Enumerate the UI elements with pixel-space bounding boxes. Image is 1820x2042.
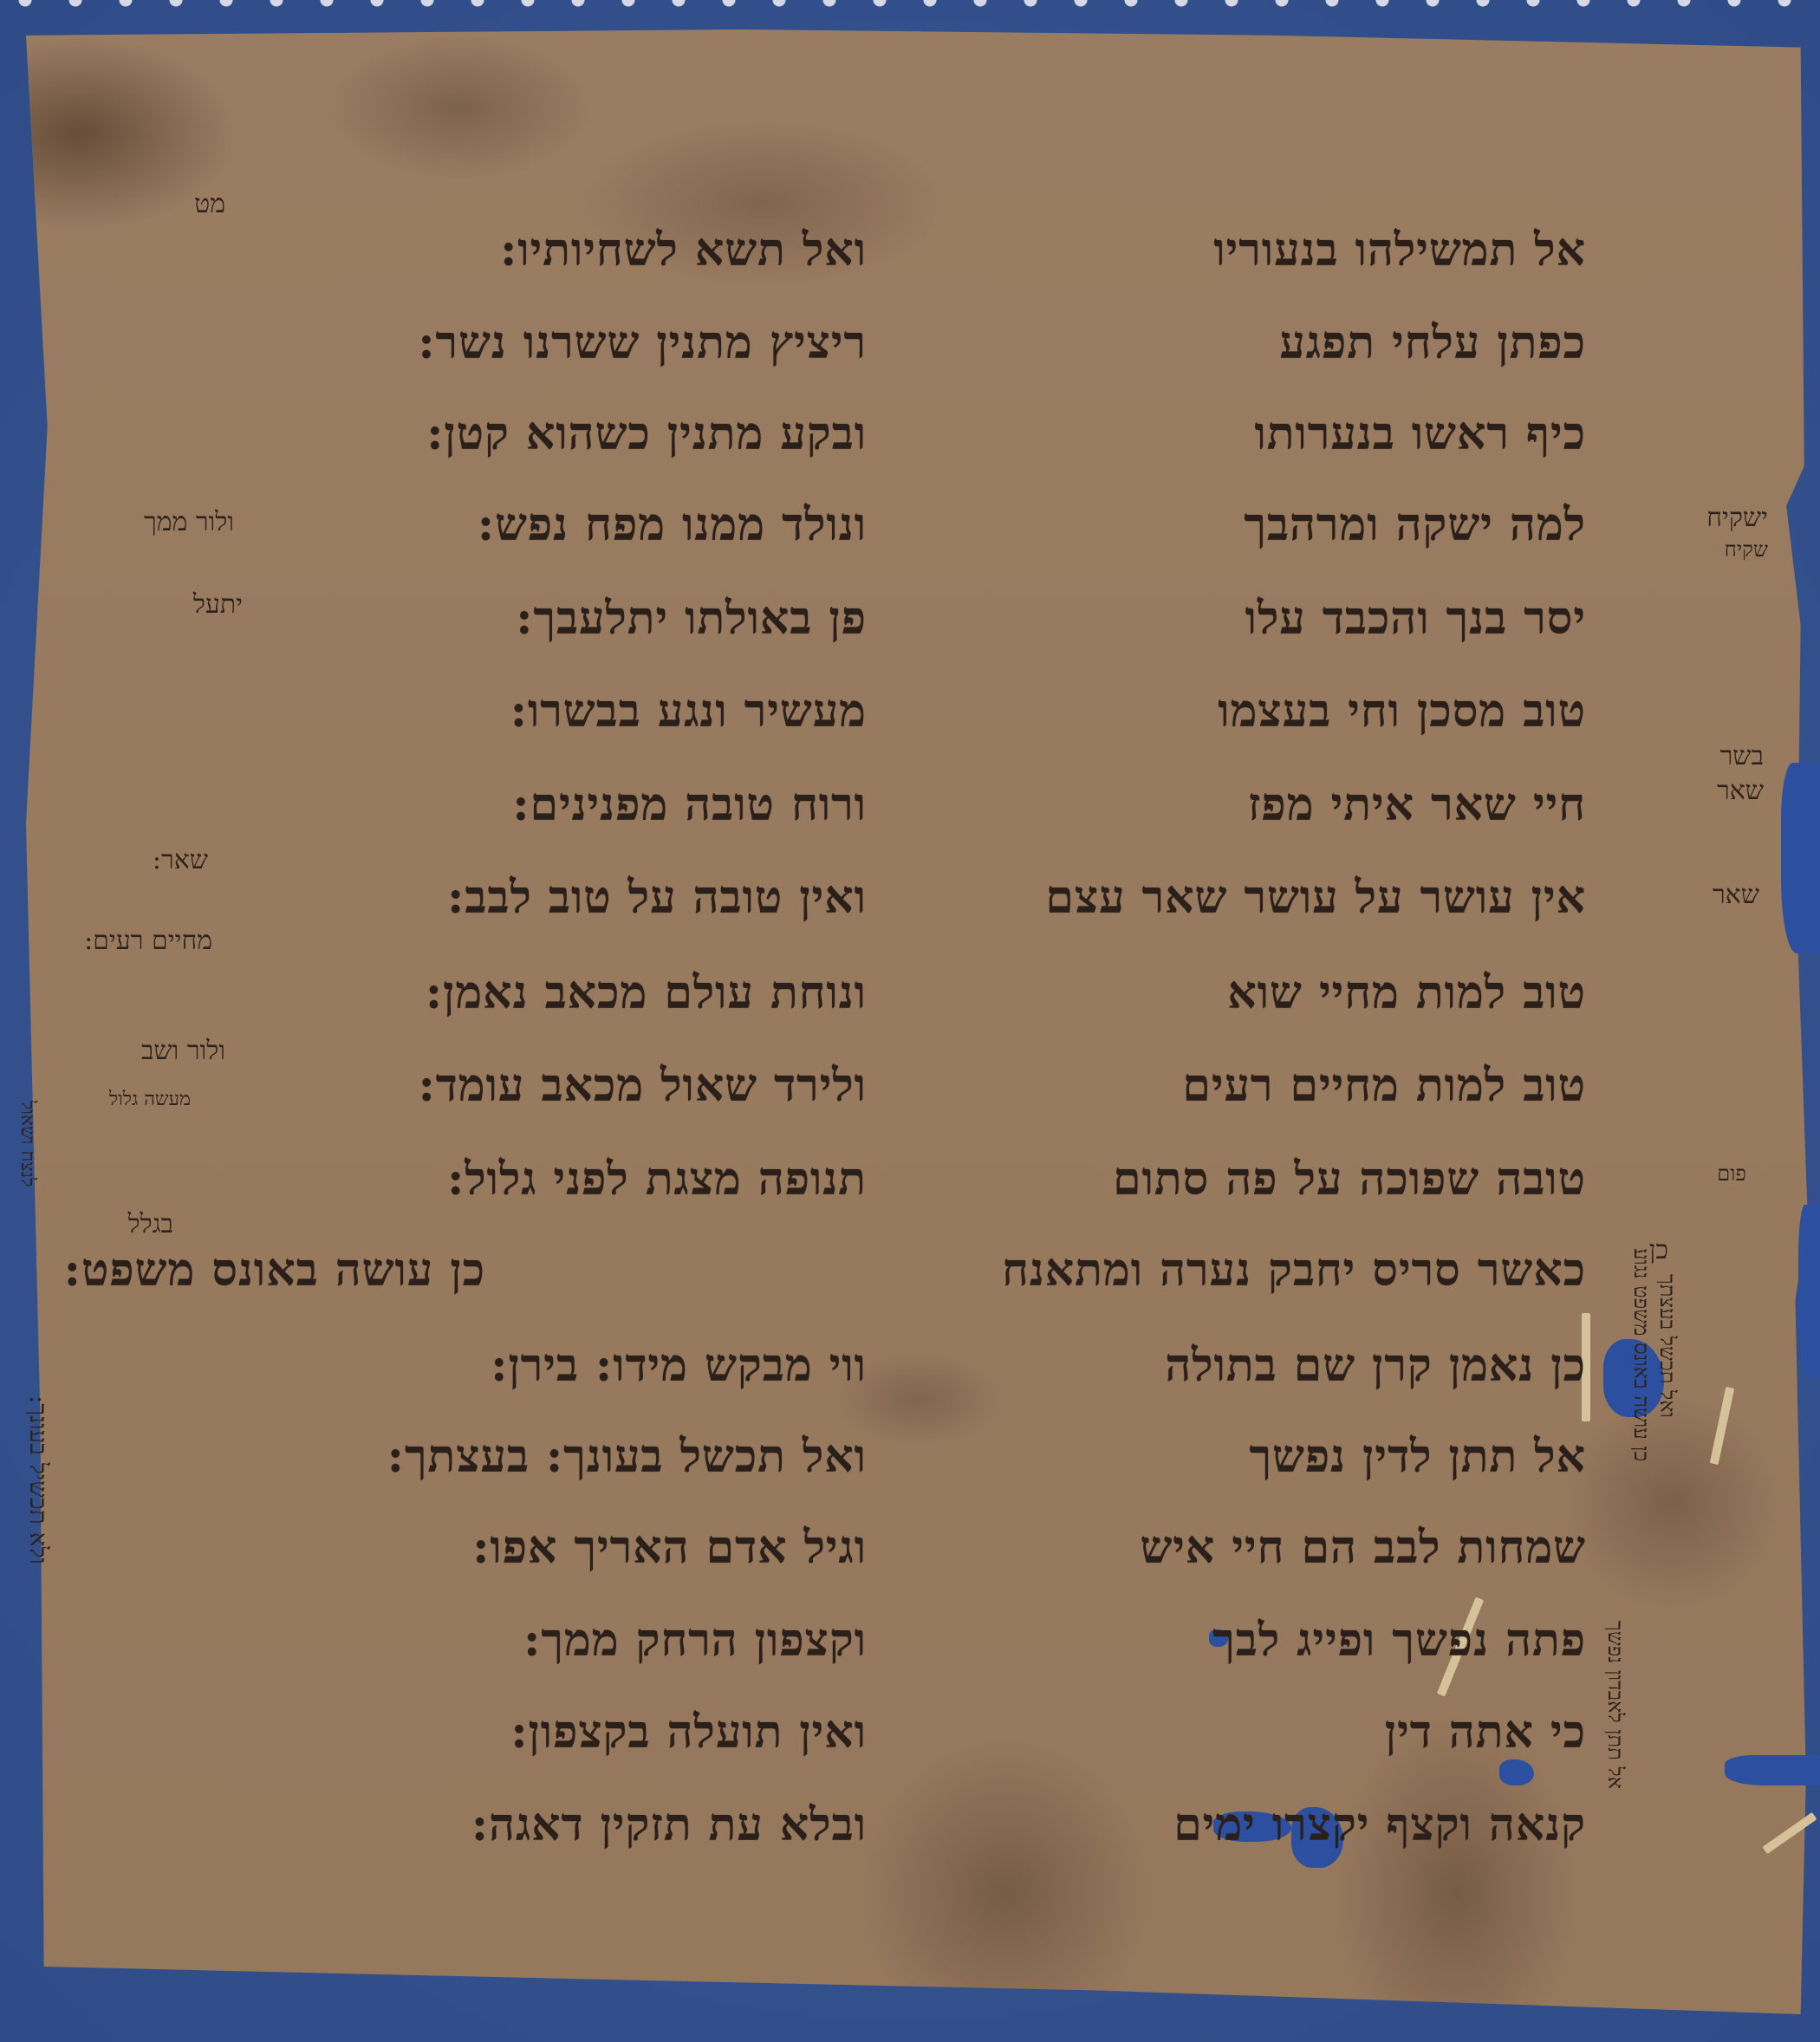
line-right-1: אל תמשילהו בנעוריו [1213,224,1586,276]
margin-note-left: שאר: [153,845,208,875]
damage-hole [1798,1205,1820,1378]
line-right-10: טוב למות מחיים רעים [1182,1059,1586,1112]
damage-hole [1725,1755,1820,1785]
line-right-17: כי אתה דין [1385,1706,1586,1759]
line-left-12: כן עושה באונס משפט: [64,1244,485,1297]
margin-note-vertical-right: כן עושה באונס משפט נגוע [1629,1248,1654,1461]
line-left-13: ווי מבקש מידו: בירן: [491,1339,867,1392]
line-left-2: ריציץ מתנין ששרנו נשר: [418,316,867,369]
line-right-16: פתה נפשך ופייג לבך [1212,1614,1586,1667]
margin-note-left: ולור ושב [141,1036,225,1066]
line-left-17: ואין תועלה בקצפון: [510,1706,867,1759]
line-left-7: ורוח טובה מפנינים: [512,778,867,831]
line-left-9: ונוחת עולם מכאב נאמן: [426,966,867,1019]
damage-hole [1781,763,1820,953]
margin-note-left: יתעל [193,589,243,620]
line-left-8: ואין טובה על טוב לבב: [447,871,867,924]
line-right-5: יסר בנך והכבד עלו [1245,592,1586,645]
line-left-5: פן באולתו יתלעבך: [516,592,867,645]
line-right-2: כפתן עלחי תפגע [1279,316,1586,369]
line-right-6: טוב מסכן וחי בעצמו [1218,685,1586,738]
margin-note-right: ישקיח [1706,503,1768,533]
line-right-14: אל תתן לדין נפשך [1250,1430,1586,1483]
margin-note-left: מעשה גלול [109,1088,191,1110]
margin-note-left: ולור ממך [144,507,234,537]
line-right-4: למה ישקה ומרהבך [1244,498,1586,551]
margin-note-left: מחיים רעים: [84,926,212,956]
line-right-3: כיף ראשו בנערותו [1254,407,1586,460]
line-left-14: ואל תכשל בעונך: בעצתך: [387,1430,867,1483]
line-right-15: שמחות לבב הם חיי איש [1140,1521,1586,1574]
damage-hole [1499,1759,1534,1785]
line-right-8: אין עושר על עושר שאר עצם [1045,871,1586,924]
line-left-11: תנופה מצגת לפני גלול: [447,1153,867,1206]
margin-note-vertical: ולא תכשיל בעונך: [24,1395,53,1564]
line-right-11: טובה שפוכה על פה סתום [1113,1153,1586,1206]
margin-note-vertical-right: ואל תכשל בעצתך [1655,1274,1680,1418]
line-right-9: טוב למות מחיי שוא [1227,966,1586,1019]
margin-note-vertical-right: אל תתן לאבדון נפשך [1603,1621,1628,1789]
margin-note-right: פום [1717,1161,1746,1187]
margin-note-folio: מט [194,189,225,219]
line-left-4: ונולד ממנו מפח נפש: [478,498,867,551]
margin-note-right: שאר [1713,880,1759,910]
line-left-3: ובקע מתנין כשהוא קטן: [426,407,867,460]
line-right-13: כן נאמן קרן שם בתולה [1165,1339,1586,1392]
line-right-12: כאשר סריס יחבק נערה ומתאנח [1002,1244,1586,1297]
line-left-1: ואל תשא לשחיותיו: [500,224,867,276]
margin-note-right: שקיח [1725,537,1768,563]
line-left-15: וגיל אדם האריך אפו: [472,1521,867,1574]
line-left-18: ובלא עת תזקין דאגה: [471,1798,867,1851]
line-left-16: וקצפון הרחק ממך: [523,1614,867,1667]
margin-note-right: שאר [1717,776,1764,806]
margin-note-vertical: לנצח ושאול [16,1101,38,1187]
line-left-6: מעשיר ונגע בבשרו: [510,685,867,738]
line-right-7: חיי שאר איתי מפז [1248,778,1586,831]
line-right-18: קנאה וקצף יקצרו ימים [1173,1798,1586,1851]
margin-note-left: בגלל [128,1209,173,1239]
pinked-edge-border [0,0,1820,19]
line-left-10: ולירד שאול מכאב עומד: [419,1059,867,1112]
margin-note-right: בשר [1720,741,1764,771]
